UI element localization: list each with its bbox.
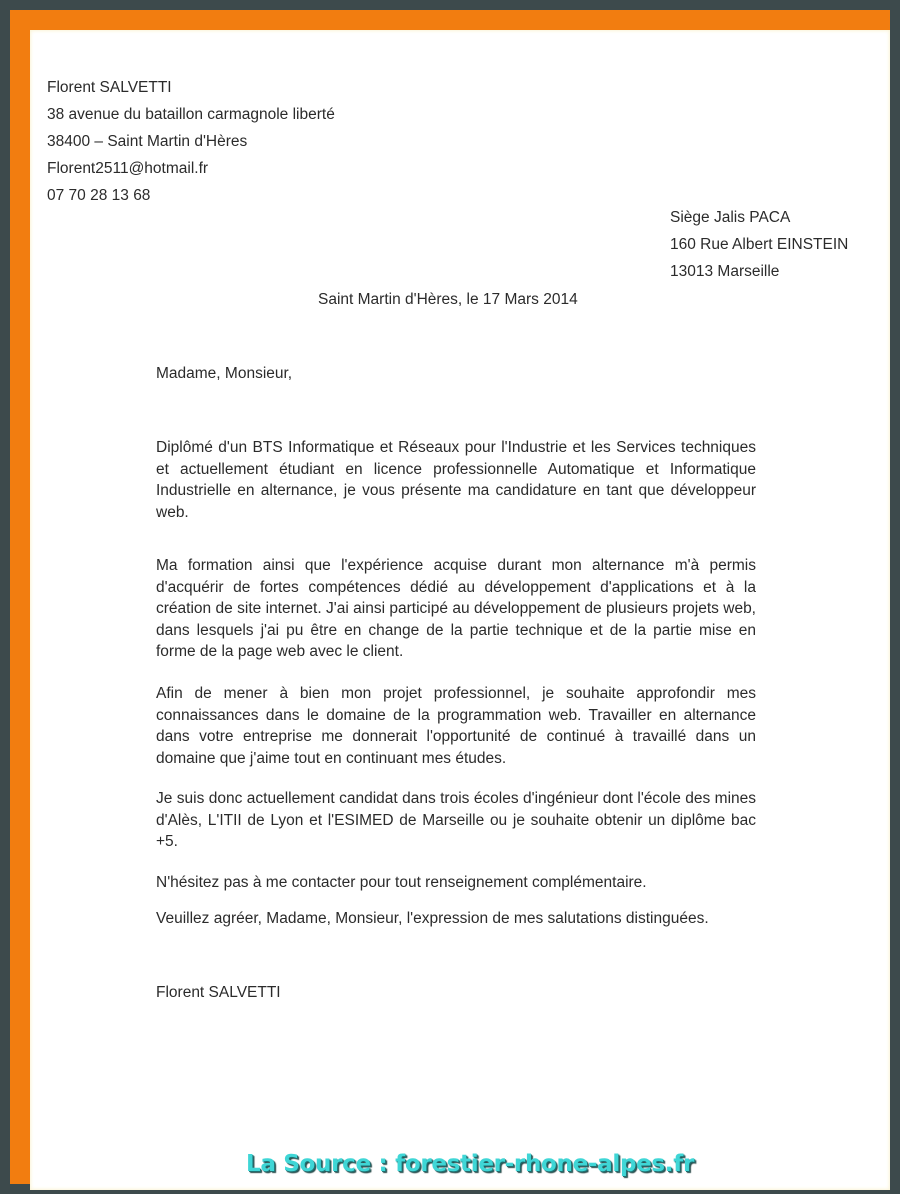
paragraph-contact: N'hésitez pas à me contacter pour tout r… (156, 872, 756, 894)
paragraph-project: Afin de mener à bien mon projet professi… (156, 683, 756, 769)
sender-address: 38 avenue du bataillon carmagnole libert… (47, 101, 335, 128)
paragraph-closing: Veuillez agréer, Madame, Monsieur, l'exp… (156, 908, 756, 930)
sender-email: Florent2511@hotmail.fr (47, 155, 335, 182)
letter-page: Florent SALVETTI 38 avenue du bataillon … (30, 30, 890, 1190)
sender-name: Florent SALVETTI (47, 74, 335, 101)
recipient-address: 160 Rue Albert EINSTEIN (670, 231, 848, 258)
sender-city: 38400 – Saint Martin d'Hères (47, 128, 335, 155)
date-line: Saint Martin d'Hères, le 17 Mars 2014 (318, 291, 578, 309)
recipient-city: 13013 Marseille (670, 258, 848, 285)
sender-block: Florent SALVETTI 38 avenue du bataillon … (47, 74, 335, 209)
orange-frame: Florent SALVETTI 38 avenue du bataillon … (10, 10, 890, 1184)
signature: Florent SALVETTI (156, 984, 281, 1002)
paragraph-introduction: Diplômé d'un BTS Informatique et Réseaux… (156, 437, 756, 523)
sender-phone: 07 70 28 13 68 (47, 182, 335, 209)
source-caption: La Source : forestier-rhone-alpes.fr (30, 1151, 900, 1177)
salutation: Madame, Monsieur, (156, 365, 292, 383)
paragraph-schools: Je suis donc actuellement candidat dans … (156, 788, 756, 853)
paragraph-experience: Ma formation ainsi que l'expérience acqu… (156, 555, 756, 663)
recipient-name: Siège Jalis PACA (670, 204, 848, 231)
recipient-block: Siège Jalis PACA 160 Rue Albert EINSTEIN… (670, 204, 848, 285)
